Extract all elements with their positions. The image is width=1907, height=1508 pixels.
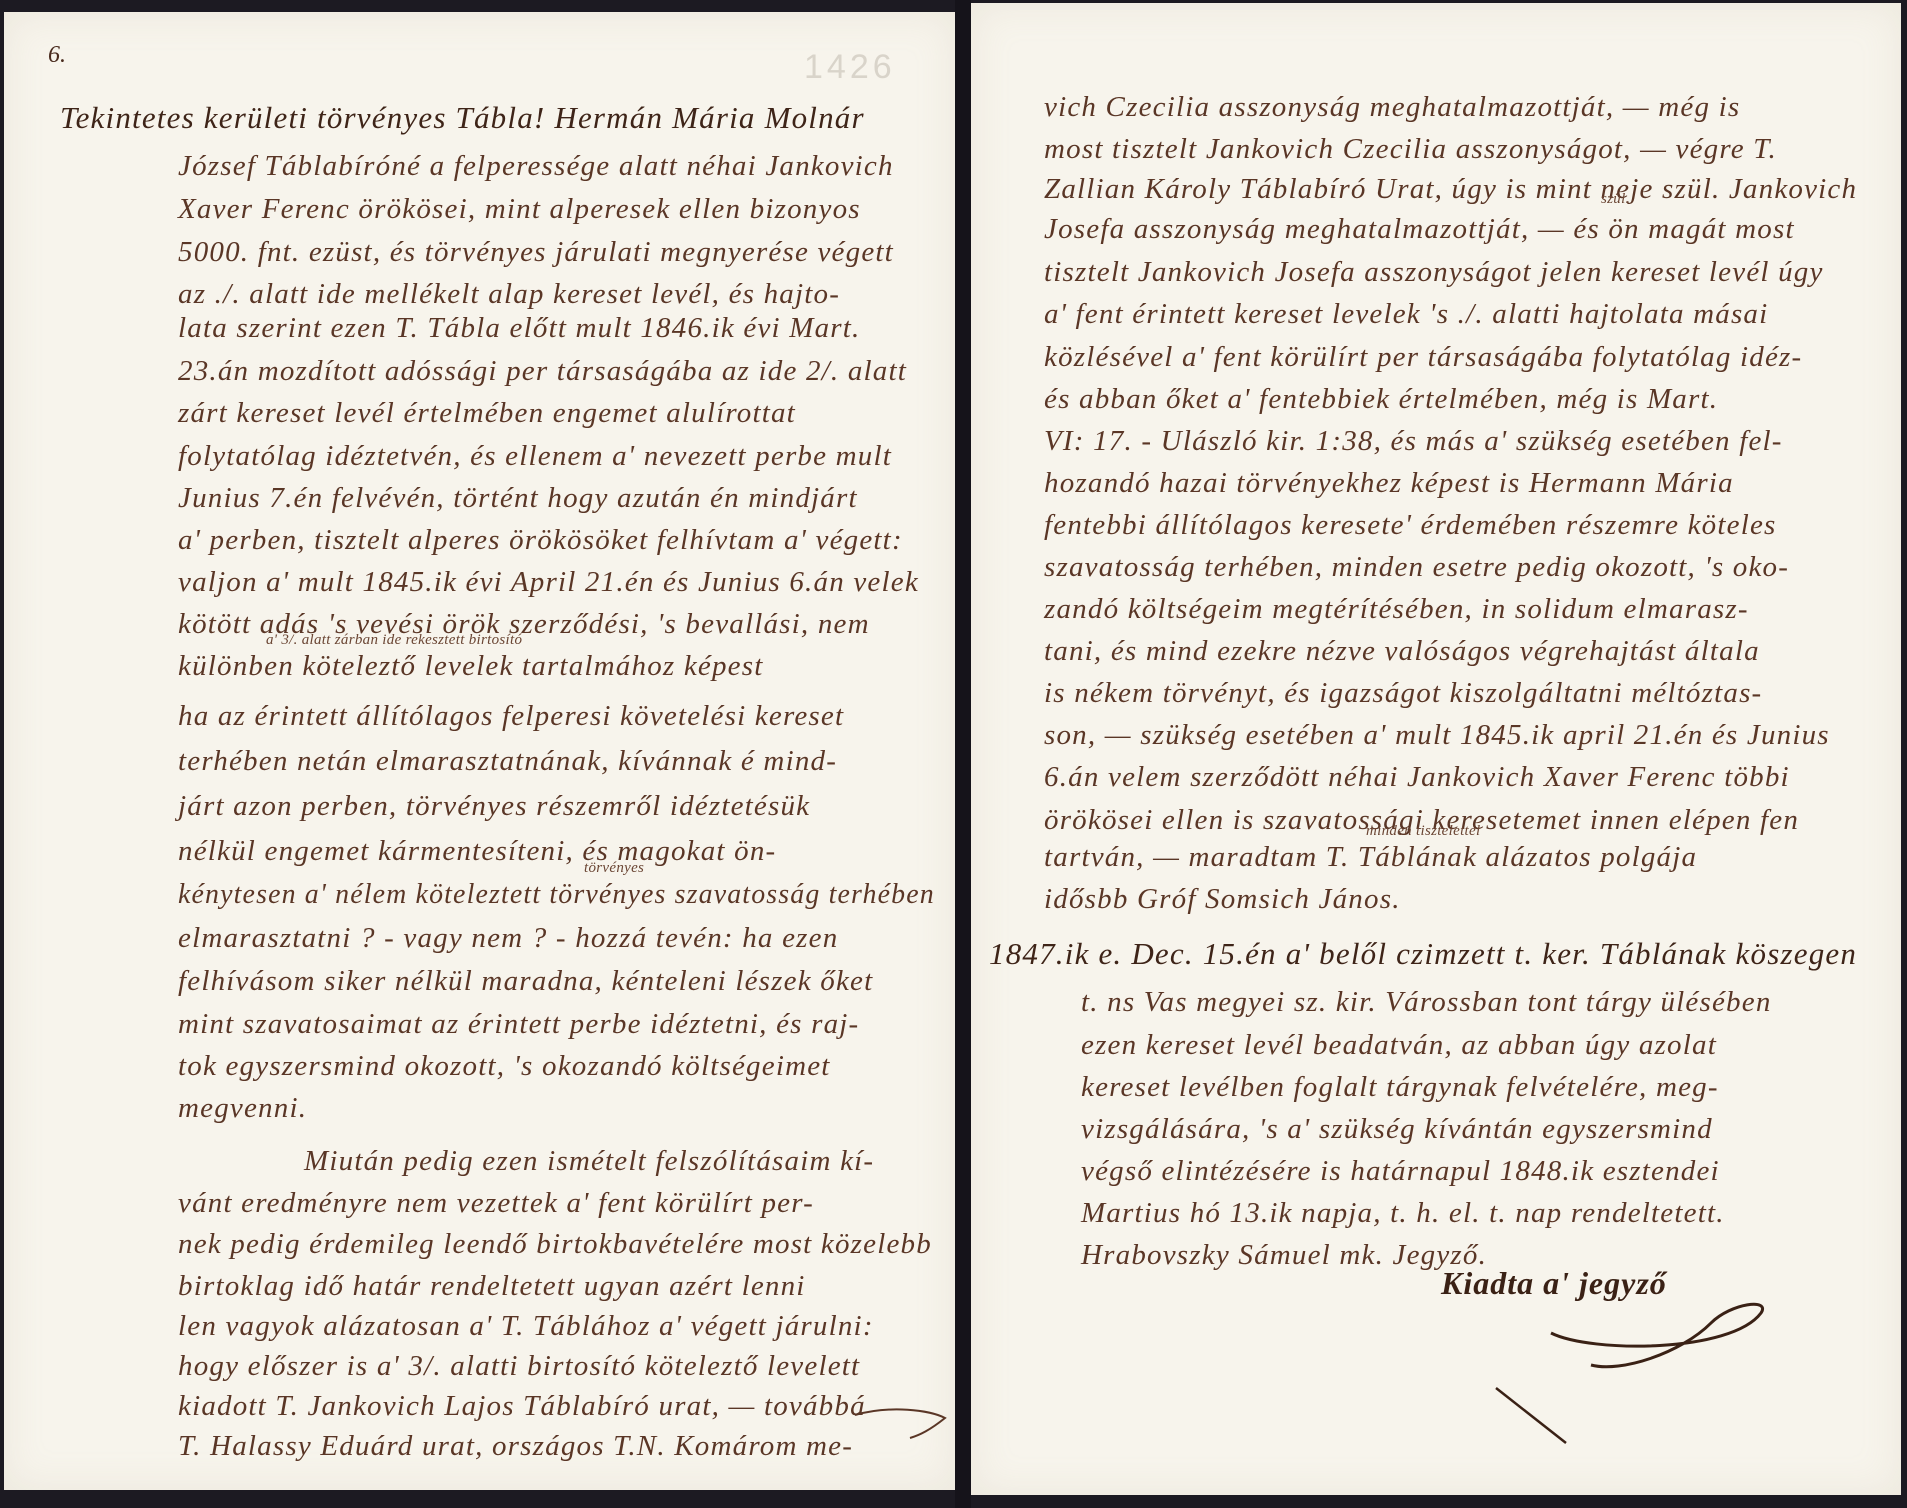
text-line: terhében netán elmarasztatnának, kívánna… <box>178 747 837 776</box>
text-line: vánt eredményre nem vezettek a' fent kör… <box>178 1189 814 1218</box>
text-line: 5000. fnt. ezüst, és törvényes járulati … <box>178 238 894 267</box>
text-line: valjon a' mult 1845.ik évi April 21.én é… <box>178 568 919 597</box>
text-line: t. ns Vas megyei sz. kir. Várossban tont… <box>1081 988 1772 1017</box>
text-line: idősbb Gróf Somsich János. <box>1044 885 1401 914</box>
text-line: vich Czecilia asszonyság meghatalmazottj… <box>1044 93 1740 122</box>
text-line: kénytesen a' nélem köteleztett törvényes… <box>178 880 935 909</box>
binding-gutter <box>955 0 971 1508</box>
text-line: ha az érintett állítólagos felperesi köv… <box>178 702 844 731</box>
signature-flourish-icon <box>1531 1283 1791 1383</box>
text-line: fentebbi állítólagos keresete' érdemében… <box>1044 511 1777 540</box>
right-page: vich Czecilia asszonyság meghatalmazottj… <box>971 3 1901 1495</box>
text-line: 1847.ik e. Dec. 15.én a' belől czimzett … <box>989 938 1857 969</box>
text-line: folytatólag idéztetvén, és ellenem a' ne… <box>178 442 892 471</box>
text-line: mint szavatosaimat az érintett perbe idé… <box>178 1010 859 1039</box>
text-line: a' fent érintett kereset levelek 's ./. … <box>1044 300 1768 329</box>
text-line: és abban őket a' fentebbiek értelmében, … <box>1044 385 1718 414</box>
text-line: az ./. alatt ide mellékelt alap kereset … <box>178 280 840 309</box>
text-line: szavatosság terhében, minden esetre pedi… <box>1044 553 1789 582</box>
text-line: zárt kereset levél értelmében engemet al… <box>178 399 796 428</box>
text-line: kereset levélben foglalt tárgynak felvét… <box>1081 1073 1719 1102</box>
text-line: Hrabovszky Sámuel mk. Jegyző. <box>1081 1241 1487 1270</box>
text-line: kiadott T. Jankovich Lajos Táblabíró ura… <box>178 1392 866 1421</box>
text-line: zandó költségeim megtérítésében, in soli… <box>1044 595 1749 624</box>
text-line: Junius 7.én felvévén, történt hogy azutá… <box>178 484 858 513</box>
text-line: VI: 17. - Ulászló kir. 1:38, és más a' s… <box>1044 427 1783 456</box>
text-line: is nékem törvényt, és igazságot kiszolgá… <box>1044 679 1762 708</box>
interlinear-insert: minden tisztelettel <box>1366 823 1480 840</box>
text-line: 23.án mozdított adóssági per társaságába… <box>178 357 907 386</box>
pencil-mark: 1426 <box>804 48 896 87</box>
text-line: Josefa asszonyság meghatalmazottját, — é… <box>1044 215 1795 244</box>
text-line: Tekintetes kerületi törvényes Tábla! Her… <box>60 102 865 133</box>
text-line: József Táblabíróné a felperessége alatt … <box>178 152 894 181</box>
text-line: hozandó hazai törvényekhez képest is Her… <box>1044 469 1734 498</box>
interlinear-insert: a' 3/. alatt zárban ide rekesztett birto… <box>266 632 522 649</box>
text-line: hogy előszer is a' 3/. alatti birtosító … <box>178 1352 860 1381</box>
text-line: a' perben, tisztelt alperes örökösöket f… <box>178 526 903 555</box>
text-line: nek pedig érdemileg leendő birtokbavétel… <box>178 1230 932 1259</box>
text-line: lata szerint ezen T. Tábla előtt mult 18… <box>178 314 860 343</box>
text-line: Miután pedig ezen ismételt felszólításai… <box>304 1147 874 1176</box>
text-line: tisztelt Jankovich Josefa asszonyságot j… <box>1044 258 1824 287</box>
text-line: tartván, — maradtam T. Táblának alázatos… <box>1044 843 1697 872</box>
text-line: 6.án velem szerződött néhai Jankovich Xa… <box>1044 763 1790 792</box>
text-line: járt azon perben, törvényes részemről id… <box>178 792 810 821</box>
text-line: most tisztelt Jankovich Czecilia asszony… <box>1044 135 1777 164</box>
text-line: Xaver Ferenc örökösei, mint alperesek el… <box>178 195 861 224</box>
text-line: tok egyszersmind okozott, 's okozandó kö… <box>178 1052 831 1081</box>
text-line: birtoklag idő határ rendeltetett ugyan a… <box>178 1272 806 1301</box>
text-line: megvenni. <box>178 1094 307 1123</box>
interlinear-insert: szül. <box>1601 191 1630 208</box>
text-line: vizsgálására, 's a' szükség kívántán egy… <box>1081 1115 1713 1144</box>
text-line: Martius hó 13.ik napja, t. h. el. t. nap… <box>1081 1199 1725 1228</box>
text-line: ezen kereset levél beadatván, az abban ú… <box>1081 1031 1717 1060</box>
text-line: T. Halassy Eduárd urat, országos T.N. Ko… <box>178 1432 853 1461</box>
text-line: son, — szükség esetében a' mult 1845.ik … <box>1044 721 1830 750</box>
page-number: 6. <box>48 42 66 69</box>
left-page: 6. 1426 Tekintetes kerületi törvényes Tá… <box>4 12 955 1490</box>
text-line: nélkül engemet kármentesíteni, és magoka… <box>178 837 776 866</box>
text-line: len vagyok alázatosan a' T. Táblához a' … <box>178 1312 874 1341</box>
interlinear-insert: törvényes <box>584 860 644 877</box>
text-line: tani, és mind ezekre nézve valóságos vég… <box>1044 637 1760 666</box>
text-line: közlésével a' fent körülírt per társaság… <box>1044 343 1802 372</box>
text-line: felhívásom siker nélkül maradna, kéntele… <box>178 967 873 996</box>
text-line: különben köteleztő levelek tartalmához k… <box>178 652 764 681</box>
text-line: elmarasztatni ? - vagy nem ? - hozzá tev… <box>178 924 838 953</box>
underline-flourish-icon <box>850 1400 960 1440</box>
pen-stroke-mark-icon <box>1491 1383 1581 1453</box>
text-line: végső elintézésére is határnapul 1848.ik… <box>1081 1157 1720 1186</box>
text-line: Zallian Károly Táblabíró Urat, úgy is mi… <box>1044 175 1857 204</box>
